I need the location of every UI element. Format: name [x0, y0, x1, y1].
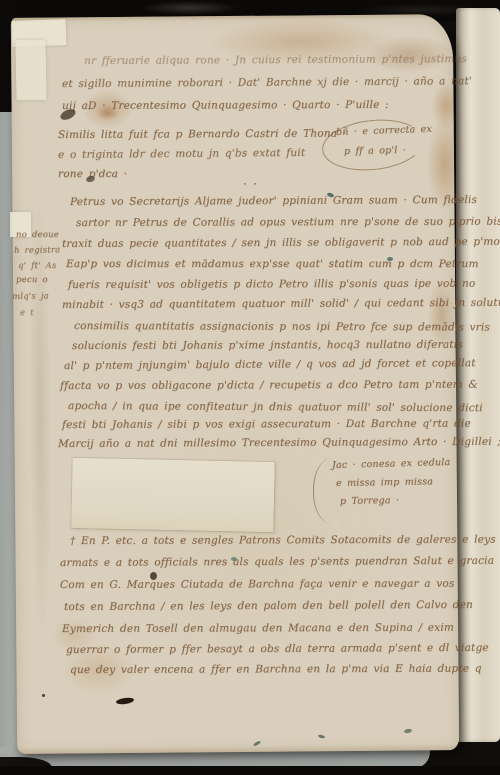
- teal-speck: [387, 257, 393, 261]
- manuscript-line: ffacta vo p vos obligacone p'dicta / rec…: [60, 380, 478, 392]
- manuscript-line: Similis litta fuit fca p Bernardo Castri…: [58, 128, 346, 141]
- background-bottom: [0, 766, 500, 775]
- underlying-page-edge: [456, 8, 500, 742]
- manuscript-line: que dey valer encena a ffer en Barchna e…: [70, 664, 482, 676]
- ink-blot: [150, 572, 157, 580]
- margin-note: no deoue: [16, 231, 59, 240]
- manuscript-line: minabit · vsq3 ad quantitatem quatuor mi…: [62, 298, 500, 311]
- tape-repair-corner: [15, 40, 46, 101]
- annotation-line: e missa imp missa: [336, 477, 433, 489]
- manuscript-line: Com en G. Marques Ciutada de Barchna faç…: [60, 579, 455, 591]
- manuscript-line: apocha / in qua ipe confiteatur jn dnis …: [68, 401, 483, 414]
- manuscript-line: festi bti Johanis / sibi p vos exigi ass…: [62, 419, 471, 431]
- manuscript-line: guerrar o former p ffer besayt a obs dla…: [66, 643, 489, 656]
- margin-note: h registra: [14, 246, 60, 256]
- manuscript-line: Marcij año a nat dni millesimo Trecentes…: [58, 437, 500, 450]
- manuscript-line: armats e a tots officials nres als quals…: [60, 556, 494, 569]
- manuscript-line: traxit duas pecie quantitates / sen jn i…: [62, 237, 500, 250]
- blank-pasted-slip: [71, 458, 274, 532]
- margin-note: e t: [20, 309, 34, 318]
- margin-note: mlq's ja: [12, 292, 49, 302]
- manuscript-photo: nr fferuarie aliqua rone · Jn cuius rei …: [0, 0, 500, 775]
- manuscript-line: Petrus vo Secretarijs Aljame judeor' ppi…: [70, 195, 477, 208]
- manuscript-line: uij aD · Trecentesimo Quinquagesimo · Qu…: [62, 100, 389, 112]
- manuscript-line: tots en Barchna / en les leys den palom …: [64, 600, 473, 613]
- manuscript-line: sartor nr Petrus de Corallis ad opus ves…: [76, 217, 500, 229]
- ink-dot: [42, 694, 45, 697]
- manuscript-line: e o triginta ldr dec motu jn q'bs extat …: [58, 148, 305, 161]
- manuscript-line: Eap'p vos dicimus et mādamus exp'sse qua…: [66, 259, 479, 270]
- manuscript-line: † En P. etc. a tots e sengles Patrons Co…: [70, 535, 496, 547]
- manuscript-line: solucionis festi bti Johanis p'xime jnst…: [72, 340, 463, 352]
- manuscript-line: consimilis quantitatis assignacionis p n…: [74, 321, 490, 333]
- separator-dots: · ·: [243, 179, 257, 190]
- margin-note: q' ft' As: [18, 262, 56, 271]
- manuscript-line: fueris requisit' vos obligetis p dicto P…: [68, 279, 475, 291]
- teal-speck: [231, 557, 237, 561]
- manuscript-line: Eymerich den Tosell den almugau den Maca…: [62, 623, 454, 635]
- annotation-line: p ff a op'l ·: [344, 146, 406, 157]
- annotation-line: p Torrega ·: [340, 496, 399, 507]
- margin-note: pecu o: [16, 276, 48, 285]
- manuscript-line: nr fferuarie aliqua rone · Jn cuius rei …: [84, 54, 467, 67]
